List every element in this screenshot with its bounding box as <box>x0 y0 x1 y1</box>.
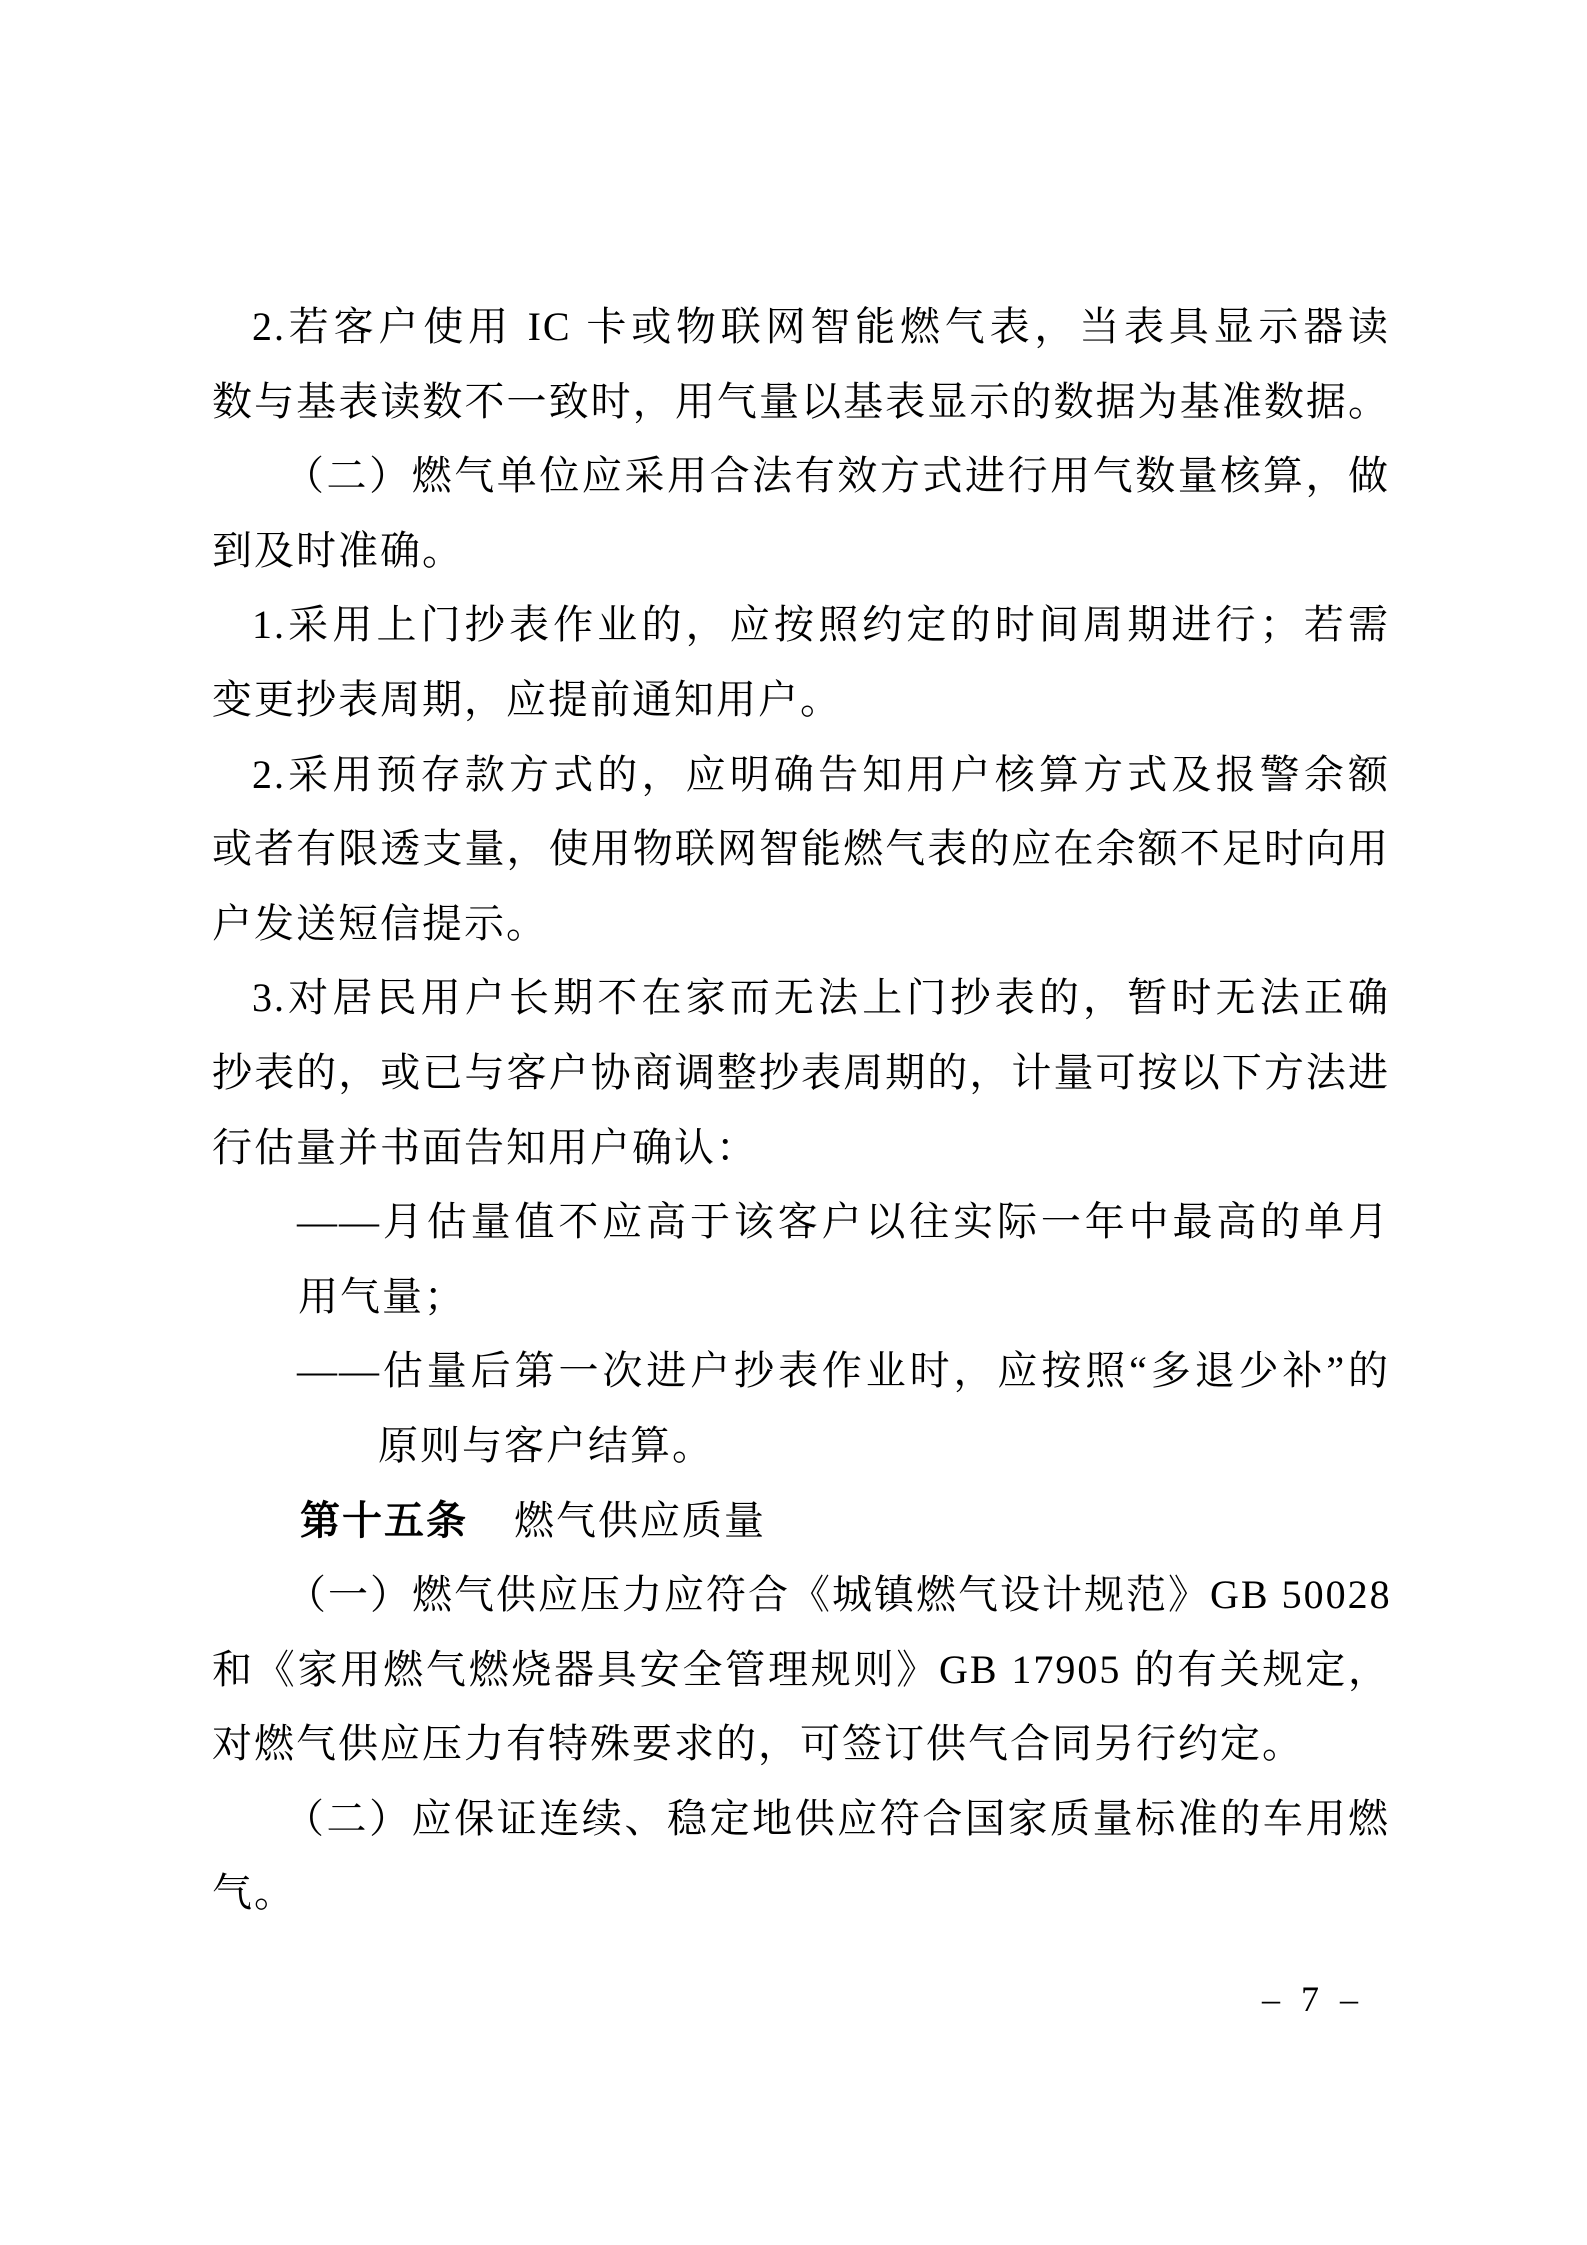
document-body: 2.若客户使用 IC 卡或物联网智能燃气表，当表具显示器读数与基表读数不一致时，… <box>212 290 1390 1931</box>
text-line: 数与基表读数不一致时，用气量以基表显示的数据为基准数据。 <box>212 365 1390 440</box>
text-line: ——月估量值不应高于该客户以往实际一年中最高的单月 <box>212 1185 1390 1260</box>
article-number-bold: 第十五条 <box>300 1499 468 1543</box>
text-line: 3.对居民用户长期不在家而无法上门抄表的，暂时无法正确 <box>212 961 1390 1036</box>
article-title-text: 燃气供应质量 <box>514 1498 766 1543</box>
text-line: （一）燃气供应压力应符合《城镇燃气设计规范》GB 50028 <box>212 1558 1390 1633</box>
text-line: 抄表的，或已与客户协商调整抄表周期的，计量可按以下方法进 <box>212 1036 1390 1111</box>
text-line: 变更抄表周期，应提前通知用户。 <box>212 663 1390 738</box>
text-line: 和《家用燃气燃烧器具安全管理规则》GB 17905 的有关规定， <box>212 1633 1390 1708</box>
text-line: 户发送短信提示。 <box>212 887 1390 962</box>
text-line: 到及时准确。 <box>212 514 1390 589</box>
text-line: （二）应保证连续、稳定地供应符合国家质量标准的车用燃 <box>212 1782 1390 1857</box>
text-line: 2.若客户使用 IC 卡或物联网智能燃气表，当表具显示器读 <box>212 290 1390 365</box>
text-line: （二）燃气单位应采用合法有效方式进行用气数量核算，做 <box>212 439 1390 514</box>
text-line: 行估量并书面告知用户确认： <box>212 1111 1390 1186</box>
text-line: 原则与客户结算。 <box>212 1409 1390 1484</box>
text-line: 气。 <box>212 1856 1390 1931</box>
text-line: 1.采用上门抄表作业的，应按照约定的时间周期进行；若需 <box>212 588 1390 663</box>
document-page: 2.若客户使用 IC 卡或物联网智能燃气表，当表具显示器读数与基表读数不一致时，… <box>0 0 1587 2245</box>
text-line: 2.采用预存款方式的，应明确告知用户核算方式及报警余额 <box>212 738 1390 813</box>
page-number: – 7 – <box>1262 1978 1360 2020</box>
text-line: 或者有限透支量，使用物联网智能燃气表的应在余额不足时向用 <box>212 812 1390 887</box>
article-heading-line: 第十五条燃气供应质量 <box>212 1484 1390 1559</box>
text-line: 对燃气供应压力有特殊要求的，可签订供气合同另行约定。 <box>212 1707 1390 1782</box>
text-line: 用气量； <box>212 1260 1390 1335</box>
text-line: ——估量后第一次进户抄表作业时，应按照“多退少补”的 <box>212 1334 1390 1409</box>
